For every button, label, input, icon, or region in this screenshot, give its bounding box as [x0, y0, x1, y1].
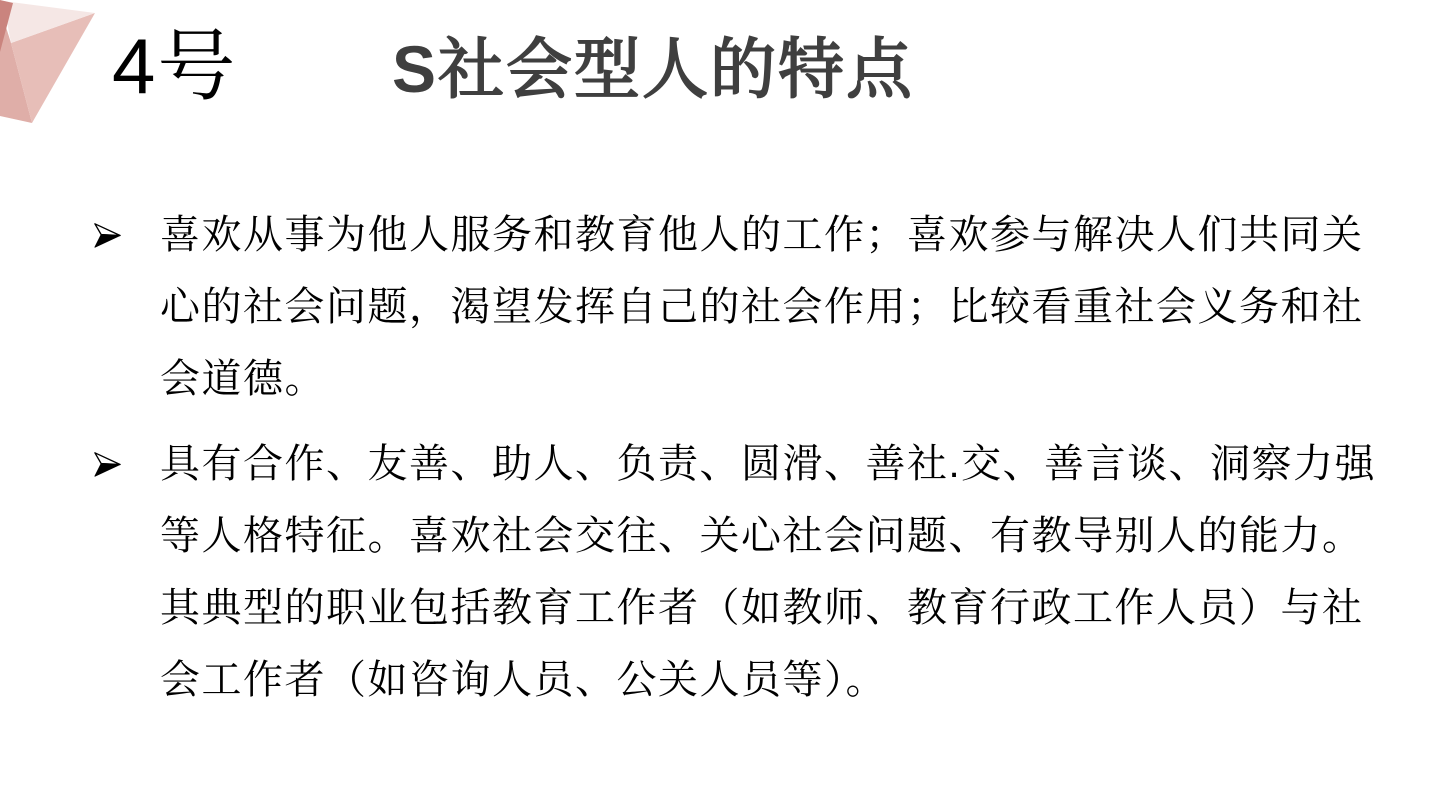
bullet-text: 喜欢从事为他人服务和教育他人的工作；喜欢参与解决人们共同关 心的社会问题，渴望发…	[160, 199, 1392, 415]
bullet-line: 心的社会问题，渴望发挥自己的社会作用；比较看重社会义务和社	[160, 271, 1392, 343]
bullet-line: 会道德。	[160, 343, 1392, 415]
bullet-list: 喜欢从事为他人服务和教育他人的工作；喜欢参与解决人们共同关 心的社会问题，渴望发…	[92, 199, 1392, 716]
bullet-item: 喜欢从事为他人服务和教育他人的工作；喜欢参与解决人们共同关 心的社会问题，渴望发…	[92, 199, 1392, 415]
bullet-line: 等人格特征。喜欢社会交往、关心社会问题、有教导别人的能力。	[160, 500, 1392, 572]
corner-triangle-decoration-icon	[0, 0, 110, 130]
bullet-item: 具有合作、友善、助人、负责、圆滑、善社.交、善言谈、洞察力强 等人格特征。喜欢社…	[92, 428, 1392, 716]
bullet-line: 其典型的职业包括教育工作者（如教师、教育行政工作人员）与社	[160, 572, 1392, 644]
slide-title: S社会型人的特点	[392, 24, 914, 114]
arrow-bullet-icon	[92, 428, 160, 478]
bullet-text: 具有合作、友善、助人、负责、圆滑、善社.交、善言谈、洞察力强 等人格特征。喜欢社…	[160, 428, 1392, 716]
bullet-line: 喜欢从事为他人服务和教育他人的工作；喜欢参与解决人们共同关	[160, 199, 1392, 271]
slide-number-badge: 4号	[112, 18, 237, 114]
bullet-line: 会工作者（如咨询人员、公关人员等）。	[160, 644, 1392, 716]
slide: 4号 S社会型人的特点 喜欢从事为他人服务和教育他人的工作；喜欢参与解决人们共同…	[0, 0, 1440, 810]
arrow-bullet-icon	[92, 199, 160, 249]
bullet-line: 具有合作、友善、助人、负责、圆滑、善社.交、善言谈、洞察力强	[160, 428, 1392, 500]
